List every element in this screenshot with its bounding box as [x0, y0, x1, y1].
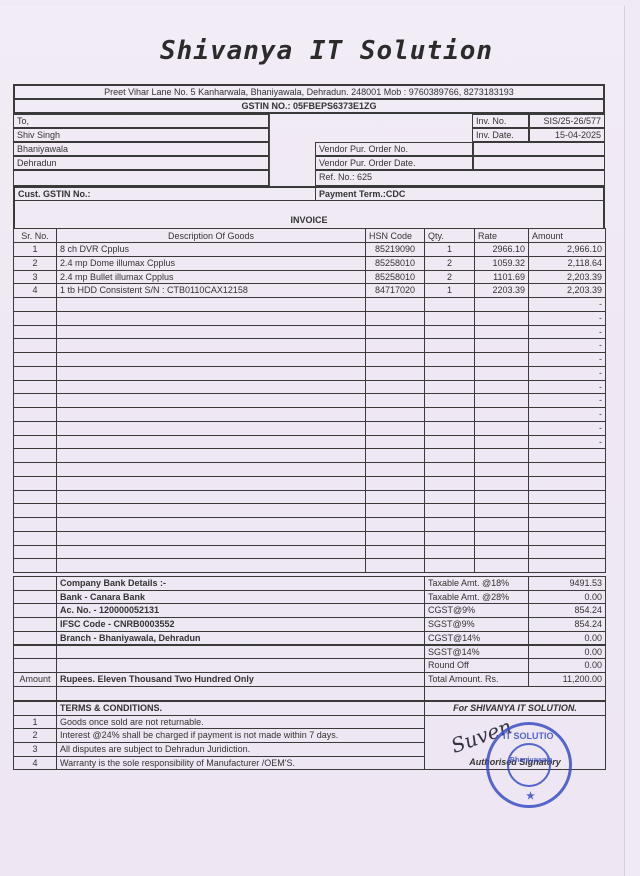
empty-row-cell — [365, 352, 425, 367]
empty-row-cell — [474, 421, 529, 436]
empty-row-cell — [365, 490, 425, 505]
empty-row-cell — [56, 558, 366, 573]
empty-row-cell — [424, 517, 475, 532]
blank-cell — [13, 686, 57, 701]
item-hsn-4: 84717020 — [365, 283, 425, 298]
item-amount-3: 2,203.39 — [528, 270, 606, 285]
empty-row-cell — [474, 338, 529, 353]
empty-row-cell — [424, 448, 475, 463]
total-value: 11,200.00 — [528, 672, 606, 687]
blank-cell — [56, 686, 425, 701]
empty-row-cell: - — [528, 338, 606, 353]
empty-row-cell — [474, 311, 529, 326]
empty-row-cell: - — [528, 407, 606, 422]
for-company-label: For SHIVANYA IT SOLUTION. — [424, 701, 606, 716]
cust-gstin-label: Cust. GSTIN No.: — [13, 186, 315, 201]
empty-row-cell — [424, 490, 475, 505]
empty-row-cell — [56, 545, 366, 560]
empty-row-cell — [474, 448, 529, 463]
empty-row-cell — [13, 325, 57, 340]
empty-row-cell — [528, 490, 606, 505]
empty-row-cell — [474, 531, 529, 546]
empty-row-cell — [56, 462, 366, 477]
empty-row-cell — [424, 352, 475, 367]
item-desc-2: 2.4 mp Dome illumax Cpplus — [56, 256, 366, 271]
empty-row-cell — [13, 558, 57, 573]
inv-no-value: SIS/25-26/577 — [529, 114, 605, 128]
empty-row-cell — [424, 503, 475, 518]
empty-row-cell — [474, 435, 529, 450]
empty-row-cell — [56, 393, 366, 408]
item-desc-4: 1 tb HDD Consistent S/N : CTB0110CAX1215… — [56, 283, 366, 298]
total-label: CGST@9% — [424, 603, 529, 618]
empty-row-cell — [474, 476, 529, 491]
item-rate-2: 1059.32 — [474, 256, 529, 271]
item-qty-4: 1 — [424, 283, 475, 298]
empty-row-cell — [365, 380, 425, 395]
empty-row-cell — [13, 517, 57, 532]
empty-row-cell — [528, 462, 606, 477]
empty-row-cell — [13, 407, 57, 422]
item-rate-4: 2203.39 — [474, 283, 529, 298]
empty-row-cell — [13, 366, 57, 381]
column-header-amount: Amount — [528, 228, 606, 243]
empty-row-cell — [365, 545, 425, 560]
empty-row-cell — [365, 503, 425, 518]
total-value: 9491.53 — [528, 576, 606, 591]
total-value: 0.00 — [528, 631, 606, 646]
empty-row-cell — [474, 352, 529, 367]
total-value: 0.00 — [528, 658, 606, 673]
empty-row-cell — [424, 558, 475, 573]
empty-row-cell — [365, 435, 425, 450]
total-label: SGST@14% — [424, 645, 529, 660]
empty-row-cell — [528, 476, 606, 491]
total-value: 854.24 — [528, 603, 606, 618]
term-number: 3 — [13, 742, 57, 757]
empty-row-cell: - — [528, 325, 606, 340]
bank-account: Ac. No. - 120000052131 — [56, 603, 425, 618]
empty-row-cell — [424, 325, 475, 340]
amount-in-words: Rupees. Eleven Thousand Two Hundred Only — [56, 672, 425, 687]
empty-row-cell — [424, 393, 475, 408]
empty-row-cell — [365, 297, 425, 312]
vendor-po-date-label: Vendor Pur. Order Date. — [315, 156, 473, 170]
total-label: SGST@9% — [424, 617, 529, 632]
empty-row-cell — [13, 531, 57, 546]
empty-row-cell — [474, 545, 529, 560]
item-amount-1: 2,966.10 — [528, 242, 606, 257]
empty-row-cell — [13, 503, 57, 518]
bill-to-name: Shiv Singh — [13, 128, 269, 142]
term-number: 4 — [13, 756, 57, 771]
empty-row-cell — [13, 490, 57, 505]
empty-row-cell — [365, 421, 425, 436]
item-sr-4: 4 — [13, 283, 57, 298]
empty-row-cell — [365, 366, 425, 381]
empty-row-cell: - — [528, 311, 606, 326]
item-desc-1: 8 ch DVR Cpplus — [56, 242, 366, 257]
empty-row-cell — [13, 435, 57, 450]
blank — [56, 645, 425, 660]
empty-row-cell — [424, 380, 475, 395]
stamp-inner-ring — [507, 743, 551, 787]
vendor-po-no-value — [473, 142, 605, 156]
total-label: Taxable Amt. @18% — [424, 576, 529, 591]
empty-row-cell — [474, 517, 529, 532]
empty-row-cell — [365, 407, 425, 422]
item-hsn-3: 85258010 — [365, 270, 425, 285]
stamp-star-icon: ★ — [526, 791, 535, 802]
empty-row-cell — [365, 311, 425, 326]
empty-row-cell — [424, 462, 475, 477]
payment-term: Payment Term.:CDC — [315, 186, 605, 201]
empty-row-cell — [13, 462, 57, 477]
empty-row-cell — [13, 380, 57, 395]
bill-to-label: To, — [13, 114, 269, 128]
invoice-heading: INVOICE — [15, 214, 603, 226]
empty-row-cell — [365, 531, 425, 546]
empty-row-cell — [365, 325, 425, 340]
blank-cell — [424, 686, 606, 701]
empty-row-cell — [13, 545, 57, 560]
column-header-hsn-code: HSN Code — [365, 228, 425, 243]
item-amount-2: 2,118.64 — [528, 256, 606, 271]
item-rate-1: 2966.10 — [474, 242, 529, 257]
empty-row-cell — [424, 421, 475, 436]
stamp-inner-text: Bhaniyawala — [510, 757, 552, 764]
empty-row-cell: - — [528, 380, 606, 395]
empty-row-cell — [424, 366, 475, 381]
empty-row-cell — [13, 338, 57, 353]
empty-row-cell — [56, 380, 366, 395]
empty-row-cell — [56, 366, 366, 381]
empty-row-cell — [365, 476, 425, 491]
empty-row-cell — [474, 503, 529, 518]
empty-row-cell — [528, 517, 606, 532]
item-amount-4: 2,203.39 — [528, 283, 606, 298]
blank-cell — [13, 658, 57, 673]
vendor-po-date-value — [473, 156, 605, 170]
empty-row-cell — [365, 558, 425, 573]
column-header-sr-no: Sr. No. — [13, 228, 57, 243]
total-label: Taxable Amt. @28% — [424, 590, 529, 605]
empty-row-cell — [528, 448, 606, 463]
empty-row-cell — [474, 462, 529, 477]
total-label: Total Amount. Rs. — [424, 672, 529, 687]
empty-row-cell — [474, 325, 529, 340]
empty-row-cell — [56, 435, 366, 450]
empty-row-cell — [424, 545, 475, 560]
empty-row-cell — [528, 545, 606, 560]
empty-row-cell — [56, 531, 366, 546]
empty-row-cell — [528, 503, 606, 518]
blank-cell — [13, 617, 57, 632]
term-text: All disputes are subject to Dehradun Jur… — [56, 742, 425, 757]
item-hsn-2: 85258010 — [365, 256, 425, 271]
empty-row-cell — [424, 297, 475, 312]
empty-row-cell — [56, 352, 366, 367]
company-stamp: IT SOLUTIO Bhaniyawala ★ — [486, 722, 572, 808]
blank-cell — [13, 590, 57, 605]
blank-cell — [13, 631, 57, 646]
empty-row-cell — [365, 462, 425, 477]
vendor-po-no-label: Vendor Pur. Order No. — [315, 142, 473, 156]
empty-row-cell — [13, 393, 57, 408]
empty-row-cell: - — [528, 421, 606, 436]
stamp-outer-text: IT SOLUTIO — [503, 731, 554, 741]
total-label: CGST@14% — [424, 631, 529, 646]
term-text: Interest @24% shall be charged if paymen… — [56, 728, 425, 743]
empty-row-cell — [424, 407, 475, 422]
item-hsn-1: 85219090 — [365, 242, 425, 257]
empty-row-cell — [13, 421, 57, 436]
column-header-description-of-goods: Description Of Goods — [56, 228, 366, 243]
empty-row-cell — [474, 393, 529, 408]
empty-row-cell — [56, 476, 366, 491]
column-header-qty: Qty. — [424, 228, 475, 243]
blank — [56, 658, 425, 673]
term-text: Warranty is the sole responsibility of M… — [56, 756, 425, 771]
bank-branch: Branch - Bhaniyawala, Dehradun — [56, 631, 425, 646]
term-text: Goods once sold are not returnable. — [56, 715, 425, 730]
item-qty-3: 2 — [424, 270, 475, 285]
invoice-heading-area: INVOICE — [13, 201, 605, 228]
blank-cell — [13, 576, 57, 591]
column-header-rate: Rate — [474, 228, 529, 243]
amount-words-label: Amount — [13, 672, 57, 687]
total-value: 0.00 — [528, 645, 606, 660]
item-qty-1: 1 — [424, 242, 475, 257]
terms-title: TERMS & CONDITIONS. — [56, 701, 425, 716]
empty-row-cell — [365, 448, 425, 463]
total-value: 0.00 — [528, 590, 606, 605]
empty-row-cell — [56, 490, 366, 505]
empty-row-cell — [56, 421, 366, 436]
empty-row-cell: - — [528, 435, 606, 450]
empty-row-cell — [13, 476, 57, 491]
empty-row-cell: - — [528, 352, 606, 367]
bank-ifsc: IFSC Code - CNRB0003552 — [56, 617, 425, 632]
empty-row-cell — [56, 311, 366, 326]
empty-row-cell — [528, 531, 606, 546]
empty-row-cell — [56, 325, 366, 340]
empty-row-cell — [474, 380, 529, 395]
empty-row-cell: - — [528, 297, 606, 312]
term-number: 1 — [13, 715, 57, 730]
empty-row-cell — [424, 338, 475, 353]
empty-row-cell — [365, 517, 425, 532]
empty-row-cell — [56, 407, 366, 422]
inv-date-value: 15-04-2025 — [529, 128, 605, 142]
empty-row-cell — [474, 366, 529, 381]
empty-row-cell — [474, 407, 529, 422]
empty-row-cell: - — [528, 366, 606, 381]
bill-to-line2: Bhaniyawala — [13, 142, 269, 156]
item-rate-3: 1101.69 — [474, 270, 529, 285]
total-value: 854.24 — [528, 617, 606, 632]
divider — [269, 114, 270, 186]
company-gstin: GSTIN NO.: 05FBEPS6373E1ZG — [13, 99, 605, 114]
company-address: Preet Vihar Lane No. 5 Kanharwala, Bhani… — [13, 84, 605, 99]
item-desc-3: 2.4 mp Bullet illumax Cpplus — [56, 270, 366, 285]
empty-row-cell — [474, 558, 529, 573]
empty-row-cell — [13, 297, 57, 312]
empty-row-cell — [474, 490, 529, 505]
item-sr-2: 2 — [13, 256, 57, 271]
blank-cell — [13, 701, 57, 716]
empty-row-cell — [528, 558, 606, 573]
empty-row-cell — [365, 338, 425, 353]
company-name: Shivanya IT Solution — [160, 36, 493, 66]
empty-row-cell: - — [528, 393, 606, 408]
item-qty-2: 2 — [424, 256, 475, 271]
total-label: Round Off — [424, 658, 529, 673]
empty-row-cell — [13, 352, 57, 367]
inv-date-label: Inv. Date. — [472, 128, 529, 142]
item-sr-1: 1 — [13, 242, 57, 257]
empty-row-cell — [56, 338, 366, 353]
empty-row-cell — [365, 393, 425, 408]
bank-name: Bank - Canara Bank — [56, 590, 425, 605]
bill-to-line4 — [13, 170, 269, 186]
empty-row-cell — [474, 297, 529, 312]
empty-row-cell — [13, 311, 57, 326]
empty-row-cell — [56, 448, 366, 463]
empty-row-cell — [424, 531, 475, 546]
empty-row-cell — [56, 517, 366, 532]
blank-cell — [13, 603, 57, 618]
empty-row-cell — [424, 435, 475, 450]
blank-cell — [13, 645, 57, 660]
bill-to-line3: Dehradun — [13, 156, 269, 170]
invoice-paper: Shivanya IT Solution Preet Vihar Lane No… — [0, 6, 625, 876]
term-number: 2 — [13, 728, 57, 743]
empty-row-cell — [424, 476, 475, 491]
empty-row-cell — [424, 311, 475, 326]
empty-row-cell — [56, 503, 366, 518]
inv-no-label: Inv. No. — [472, 114, 529, 128]
empty-row-cell — [13, 448, 57, 463]
ref-no: Ref. No.: 625 — [315, 170, 605, 186]
bank-details-title: Company Bank Details :- — [56, 576, 425, 591]
empty-row-cell — [56, 297, 366, 312]
item-sr-3: 3 — [13, 270, 57, 285]
